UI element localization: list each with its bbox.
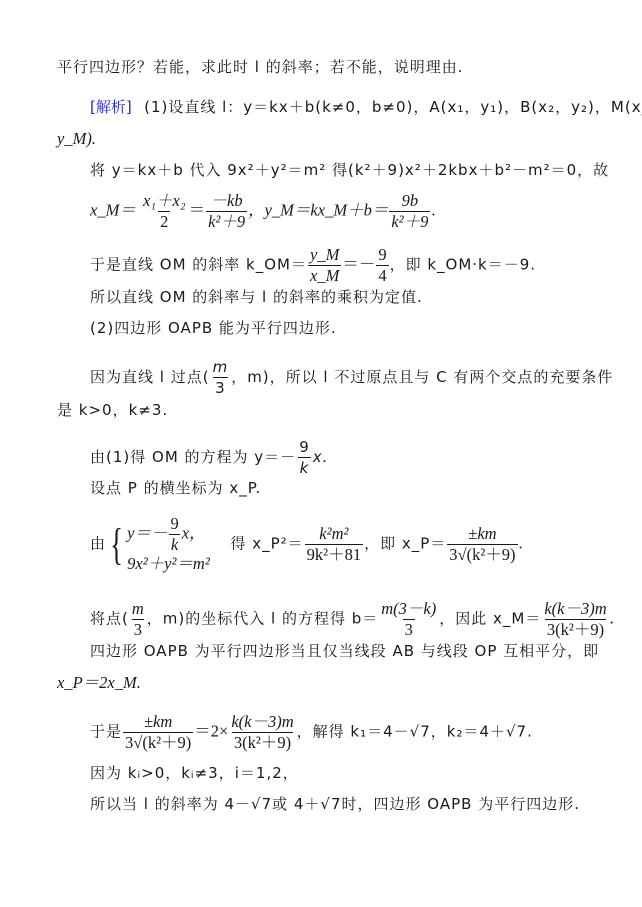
numerator: k(k－3)m xyxy=(542,600,608,619)
part1-intro-continued: y_M). xyxy=(57,129,96,149)
fraction: －kbk²＋9 xyxy=(206,192,247,231)
text: 得 x_P²＝ xyxy=(230,534,303,552)
left-brace-icon: { xyxy=(110,523,123,567)
solve-line: 于是±km3√(k²＋9)＝2×k(k－3)m3(k²＋9)，解得 k₁＝4－√… xyxy=(90,713,533,752)
text: 于是 xyxy=(90,722,122,740)
substitute-point-line: 将点(m3，m)的坐标代入 l 的方程得 b＝m(3－k)3，因此 x_M＝k(… xyxy=(90,600,614,639)
text: 因为直线 l 过点( xyxy=(90,368,210,386)
numerator: 9 xyxy=(168,515,180,534)
denominator: k²＋9 xyxy=(206,211,247,231)
fraction: 9k xyxy=(297,438,312,477)
ym-expression: ，y_M＝kx_M＋b＝ xyxy=(248,200,388,219)
denominator: 3(k²＋9) xyxy=(545,619,606,639)
conclusion-part1: 所以直线 OM 的斜率与 l 的斜率的乘积为定值. xyxy=(90,287,423,307)
fraction: k²m²9k²＋81 xyxy=(305,525,363,564)
fraction: ±km3√(k²＋9) xyxy=(123,713,193,752)
om-equation-line: 由(1)得 OM 的方程为 y＝－9kx. xyxy=(90,438,328,477)
problem-text: 平行四边形？若能，求此时 l 的斜率；若不能，说明理由. xyxy=(57,58,463,76)
denominator: k xyxy=(169,534,180,554)
equation-1: y＝－9kx， xyxy=(127,515,210,554)
fraction: y_Mx_M xyxy=(308,246,341,285)
text: 将点( xyxy=(90,609,129,627)
numerator: －kb xyxy=(209,192,245,211)
numerator: m(3－k) xyxy=(379,600,438,619)
text: 由(1)得 OM 的方程为 y＝－ xyxy=(90,448,296,466)
denominator: 9k²＋81 xyxy=(305,544,363,564)
final-conclusion: 所以当 l 的斜率为 4－√7或 4＋√7时，四边形 OAPB 为平行四边形. xyxy=(90,794,580,814)
set-p-line: 设点 P 的横坐标为 x_P. xyxy=(90,478,261,498)
denominator: 3 xyxy=(132,619,144,639)
text: ，即 x_P＝ xyxy=(364,534,446,552)
check-line: 因为 kᵢ>0，kᵢ≠3，i＝1,2， xyxy=(90,763,299,783)
denominator: 3√(k²＋9) xyxy=(123,732,193,752)
denominator: 3√(k²＋9) xyxy=(447,544,517,564)
analysis-label: [解析] xyxy=(90,98,132,116)
denominator: 3 xyxy=(403,619,415,639)
numerator: k(k－3)m xyxy=(229,713,295,732)
numerator: ±km xyxy=(142,713,174,732)
slope-om-line: 于是直线 OM 的斜率 k_OM＝y_Mx_M＝－94，即 k_OM·k＝－9. xyxy=(90,246,536,285)
ym-text: y_M). xyxy=(57,129,96,148)
substitution-line: 将 y＝kx＋b 代入 9x²＋y²＝m² 得(k²＋9)x²＋2kbx＋b²－… xyxy=(90,160,609,180)
denominator: x_M xyxy=(308,265,341,285)
prefix: 由 xyxy=(90,534,106,552)
numerator: y_M xyxy=(308,246,341,265)
fraction: m3 xyxy=(130,600,146,639)
numerator: k²m² xyxy=(317,525,350,544)
fraction: 94 xyxy=(376,246,388,285)
final-text: 所以当 l 的斜率为 4－√7或 4＋√7时，四边形 OAPB 为平行四边形. xyxy=(90,795,580,813)
fraction: ±km3√(k²＋9) xyxy=(447,525,517,564)
part1-intro-text: (1)设直线 l：y＝kx＋b(k≠0，b≠0)，A(x₁，y₁)，B(x₂，y… xyxy=(144,98,642,116)
denominator: k²＋9 xyxy=(389,211,430,231)
numerator: 9 xyxy=(297,438,312,457)
conclusion-text: 所以直线 OM 的斜率与 l 的斜率的乘积为定值. xyxy=(90,288,423,306)
equals-minus: ＝－ xyxy=(342,254,375,273)
equation-system: y＝－9kx， 9x²＋y²＝m² xyxy=(127,515,210,574)
condition-text: 四边形 OAPB 为平行四边形当且仅当线段 AB 与线段 OP 互相平分，即 xyxy=(90,642,599,660)
substitution-text: 将 y＝kx＋b 代入 9x²＋y²＝m² 得(k²＋9)x²＋2kbx＋b²－… xyxy=(90,161,609,179)
solution-part1-intro: [解析] (1)设直线 l：y＝kx＋b(k≠0，b≠0)，A(x₁，y₁)，B… xyxy=(90,97,642,117)
denominator: 3 xyxy=(213,377,228,397)
condition-line: 是 k>0，k≠3. xyxy=(57,400,168,420)
xm-equation: x_M＝ x₁＋x₂2＝－kbk²＋9，y_M＝kx_M＋b＝9bk²＋9. xyxy=(90,192,435,231)
denominator: 3(k²＋9) xyxy=(232,732,293,752)
denominator: 2 xyxy=(158,211,170,231)
fraction: m3 xyxy=(211,358,231,397)
numerator: m xyxy=(130,600,146,619)
denominator: k xyxy=(298,457,312,477)
text: y＝－ xyxy=(127,523,167,542)
text: x. xyxy=(313,448,329,466)
fraction: x₁＋x₂2 xyxy=(141,192,188,231)
passes-point-line: 因为直线 l 过点(m3，m)，所以 l 不过原点且与 C 有两个交点的充要条件 xyxy=(90,358,613,397)
fraction: k(k－3)m3(k²＋9) xyxy=(542,600,608,639)
text: x， xyxy=(182,523,206,542)
parallelogram-condition: 四边形 OAPB 为平行四边形当且仅当线段 AB 与线段 OP 互相平分，即 xyxy=(90,641,599,661)
condition-text: 是 k>0，k≠3. xyxy=(57,401,168,419)
text: ，解得 k₁＝4－√7，k₂＝4＋√7. xyxy=(297,722,533,740)
slope-product: ，即 k_OM·k＝－9. xyxy=(390,255,536,273)
numerator: 9 xyxy=(376,246,388,265)
numerator: m xyxy=(211,358,231,377)
set-p-text: 设点 P 的横坐标为 x_P. xyxy=(90,479,261,497)
text: ，m)的坐标代入 l 的方程得 b＝ xyxy=(147,609,378,627)
numerator: 9b xyxy=(400,192,421,211)
text: ，因此 x_M＝ xyxy=(439,609,541,627)
xp-equation: x_P＝2x_M. xyxy=(57,673,141,693)
fraction: k(k－3)m3(k²＋9) xyxy=(229,713,295,752)
text: ＝2× xyxy=(194,721,228,740)
part2-intro: (2)四边形 OAPB 能为平行四边形. xyxy=(90,318,337,338)
denominator: 4 xyxy=(376,265,388,285)
numerator: x₁＋x₂ xyxy=(141,192,188,211)
check-text: 因为 kᵢ>0，kᵢ≠3，i＝1,2， xyxy=(90,764,299,782)
part2-text: (2)四边形 OAPB 能为平行四边形. xyxy=(90,319,337,337)
equation-2: 9x²＋y²＝m² xyxy=(127,554,210,574)
fraction: 9k xyxy=(168,515,180,554)
numerator: ±km xyxy=(466,525,498,544)
fraction: m(3－k)3 xyxy=(379,600,438,639)
text: ，m)，所以 l 不过原点且与 C 有两个交点的充要条件 xyxy=(231,368,613,386)
system-line: 由{ y＝－9kx， 9x²＋y²＝m² 得 x_P²＝k²m²9k²＋81，即… xyxy=(90,515,523,574)
slope-text: 于是直线 OM 的斜率 k_OM＝ xyxy=(90,255,307,273)
xp-text: x_P＝2x_M. xyxy=(57,673,141,692)
fraction: 9bk²＋9 xyxy=(389,192,430,231)
problem-text-tail: 平行四边形？若能，求此时 l 的斜率；若不能，说明理由. xyxy=(57,57,463,77)
xm-lhs: x_M＝ xyxy=(90,200,136,219)
